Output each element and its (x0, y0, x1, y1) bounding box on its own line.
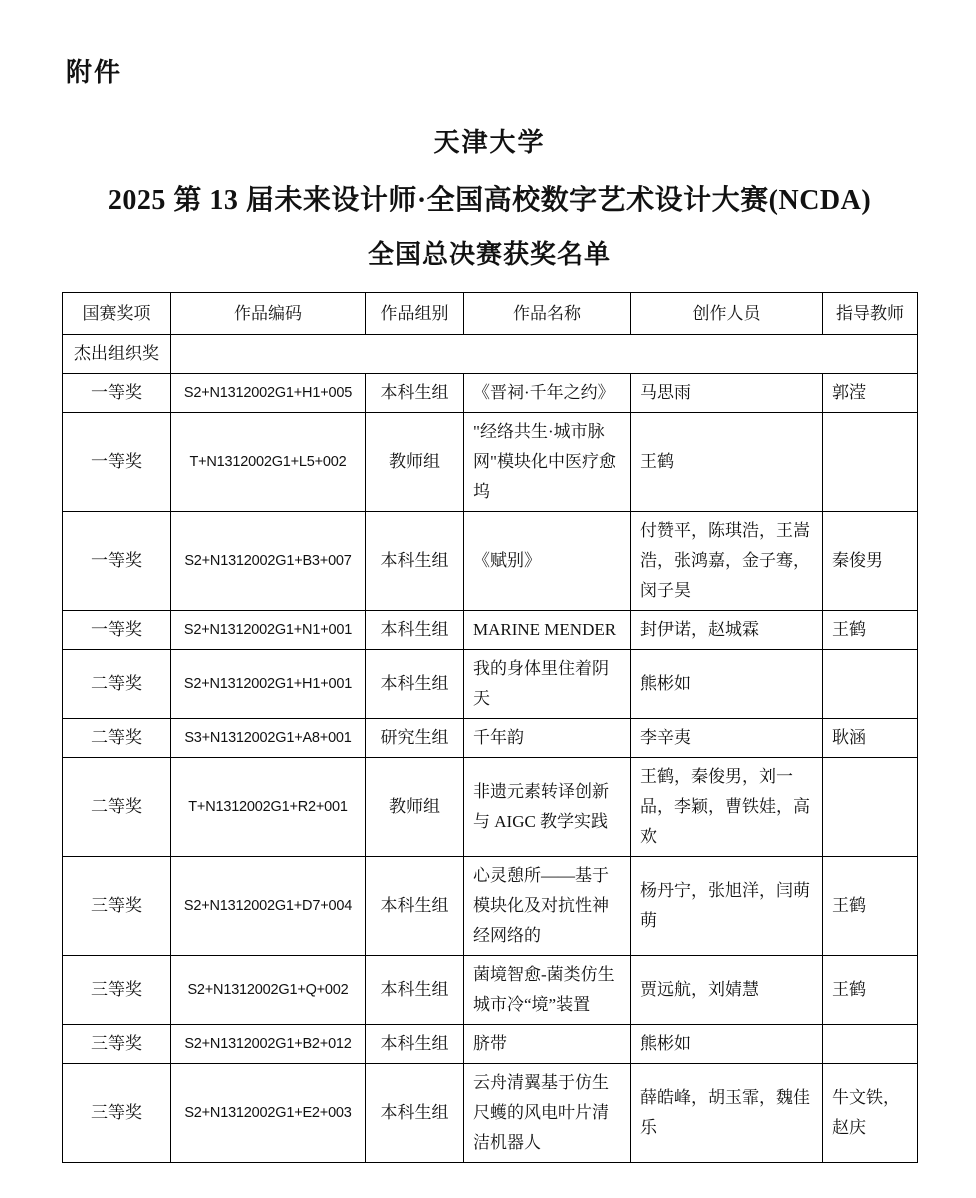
group-cell: 本科生组 (366, 374, 464, 413)
awards-table: 国赛奖项 作品编码 作品组别 作品名称 创作人员 指导教师 杰出组织奖 一等奖 … (62, 292, 918, 1163)
table-row: 三等奖 S2+N1312002G1+E2+003 本科生组 云舟清翼基于仿生尺蠖… (63, 1064, 918, 1163)
table-row: 一等奖 S2+N1312002G1+H1+005 本科生组 《晋祠·千年之约》 … (63, 374, 918, 413)
title-cell: 《赋别》 (464, 512, 631, 611)
title-cell: 我的身体里住着阴天 (464, 650, 631, 719)
award-cell: 三等奖 (63, 857, 171, 956)
column-header-code: 作品编码 (171, 293, 366, 335)
award-cell: 三等奖 (63, 956, 171, 1025)
advisors-cell: 郭滢 (823, 374, 918, 413)
group-cell: 教师组 (366, 413, 464, 512)
group-cell: 本科生组 (366, 956, 464, 1025)
table-row: 二等奖 S3+N1312002G1+A8+001 研究生组 千年韵 李辛夷 耿涵 (63, 719, 918, 758)
advisors-cell (823, 758, 918, 857)
table-row: 二等奖 S2+N1312002G1+H1+001 本科生组 我的身体里住着阴天 … (63, 650, 918, 719)
title-cell: "经络共生·城市脉网"模块化中医疗愈坞 (464, 413, 631, 512)
awards-table-body: 杰出组织奖 一等奖 S2+N1312002G1+H1+005 本科生组 《晋祠·… (63, 335, 918, 1163)
group-cell: 本科生组 (366, 1025, 464, 1064)
title-university: 天津大学 (62, 122, 917, 159)
creators-cell: 李辛夷 (631, 719, 823, 758)
table-row: 三等奖 S2+N1312002G1+B2+012 本科生组 脐带 熊彬如 (63, 1025, 918, 1064)
title-subtitle: 全国总决赛获奖名单 (62, 234, 917, 271)
group-cell: 本科生组 (366, 512, 464, 611)
title-cell: 脐带 (464, 1025, 631, 1064)
title-cell: 《晋祠·千年之约》 (464, 374, 631, 413)
table-row: 一等奖 S2+N1312002G1+N1+001 本科生组 MARINE MEN… (63, 611, 918, 650)
code-cell: S2+N1312002G1+E2+003 (171, 1064, 366, 1163)
table-row: 一等奖 T+N1312002G1+L5+002 教师组 "经络共生·城市脉网"模… (63, 413, 918, 512)
advisors-cell (823, 650, 918, 719)
code-cell: S2+N1312002G1+D7+004 (171, 857, 366, 956)
award-cell: 一等奖 (63, 374, 171, 413)
award-cell: 一等奖 (63, 512, 171, 611)
award-cell: 杰出组织奖 (63, 335, 171, 374)
table-row-outstanding-organization: 杰出组织奖 (63, 335, 918, 374)
title-cell: MARINE MENDER (464, 611, 631, 650)
advisors-cell: 王鹤 (823, 611, 918, 650)
advisors-cell: 王鹤 (823, 956, 918, 1025)
column-header-creators: 创作人员 (631, 293, 823, 335)
code-cell: T+N1312002G1+R2+001 (171, 758, 366, 857)
column-header-title: 作品名称 (464, 293, 631, 335)
group-cell: 本科生组 (366, 650, 464, 719)
advisors-cell (823, 1025, 918, 1064)
title-cell: 心灵憩所——基于模块化及对抗性神经网络的 (464, 857, 631, 956)
document-page: 附件 天津大学 2025 第 13 届未来设计师·全国高校数字艺术设计大赛(NC… (0, 0, 976, 1198)
creators-cell: 熊彬如 (631, 1025, 823, 1064)
award-cell: 二等奖 (63, 650, 171, 719)
title-cell: 千年韵 (464, 719, 631, 758)
code-cell: S2+N1312002G1+H1+001 (171, 650, 366, 719)
code-cell: S2+N1312002G1+Q+002 (171, 956, 366, 1025)
advisors-cell: 牛文铁，赵庆 (823, 1064, 918, 1163)
table-row: 三等奖 S2+N1312002G1+Q+002 本科生组 菌境智愈-菌类仿生城市… (63, 956, 918, 1025)
attachment-label: 附件 (66, 52, 122, 89)
table-row: 二等奖 T+N1312002G1+R2+001 教师组 非遗元素转译创新与 AI… (63, 758, 918, 857)
title-cell: 非遗元素转译创新与 AIGC 教学实践 (464, 758, 631, 857)
advisors-cell: 耿涵 (823, 719, 918, 758)
title-cell: 菌境智愈-菌类仿生城市冷“境”装置 (464, 956, 631, 1025)
awards-table-header: 国赛奖项 作品编码 作品组别 作品名称 创作人员 指导教师 (63, 293, 918, 335)
creators-cell: 熊彬如 (631, 650, 823, 719)
column-header-advisors: 指导教师 (823, 293, 918, 335)
code-cell: S2+N1312002G1+N1+001 (171, 611, 366, 650)
creators-cell: 王鹤 (631, 413, 823, 512)
creators-cell: 封伊诺，赵城霖 (631, 611, 823, 650)
title-main: 2025 第 13 届未来设计师·全国高校数字艺术设计大赛(NCDA) (62, 178, 917, 218)
group-cell: 本科生组 (366, 1064, 464, 1163)
code-cell: T+N1312002G1+L5+002 (171, 413, 366, 512)
group-cell: 研究生组 (366, 719, 464, 758)
advisors-cell: 王鹤 (823, 857, 918, 956)
award-cell: 三等奖 (63, 1064, 171, 1163)
merged-empty-cell (171, 335, 918, 374)
title-cell: 云舟清翼基于仿生尺蠖的风电叶片清洁机器人 (464, 1064, 631, 1163)
creators-cell: 贾远航，刘婧慧 (631, 956, 823, 1025)
creators-cell: 付赞平，陈琪浩，王嵩浩，张鸿嘉，金子骞，闵子昊 (631, 512, 823, 611)
column-header-award: 国赛奖项 (63, 293, 171, 335)
creators-cell: 王鹤，秦俊男，刘一品，李颖，曹铁娃，高欢 (631, 758, 823, 857)
advisors-cell: 秦俊男 (823, 512, 918, 611)
header-row: 国赛奖项 作品编码 作品组别 作品名称 创作人员 指导教师 (63, 293, 918, 335)
group-cell: 本科生组 (366, 611, 464, 650)
creators-cell: 马思雨 (631, 374, 823, 413)
code-cell: S2+N1312002G1+B2+012 (171, 1025, 366, 1064)
award-cell: 二等奖 (63, 719, 171, 758)
advisors-cell (823, 413, 918, 512)
code-cell: S3+N1312002G1+A8+001 (171, 719, 366, 758)
award-cell: 三等奖 (63, 1025, 171, 1064)
code-cell: S2+N1312002G1+H1+005 (171, 374, 366, 413)
group-cell: 教师组 (366, 758, 464, 857)
award-cell: 一等奖 (63, 611, 171, 650)
table-row: 三等奖 S2+N1312002G1+D7+004 本科生组 心灵憩所——基于模块… (63, 857, 918, 956)
award-cell: 一等奖 (63, 413, 171, 512)
group-cell: 本科生组 (366, 857, 464, 956)
creators-cell: 杨丹宁，张旭洋，闫萌萌 (631, 857, 823, 956)
table-row: 一等奖 S2+N1312002G1+B3+007 本科生组 《赋别》 付赞平，陈… (63, 512, 918, 611)
creators-cell: 薛皓峰，胡玉霏，魏佳乐 (631, 1064, 823, 1163)
award-cell: 二等奖 (63, 758, 171, 857)
column-header-group: 作品组别 (366, 293, 464, 335)
code-cell: S2+N1312002G1+B3+007 (171, 512, 366, 611)
